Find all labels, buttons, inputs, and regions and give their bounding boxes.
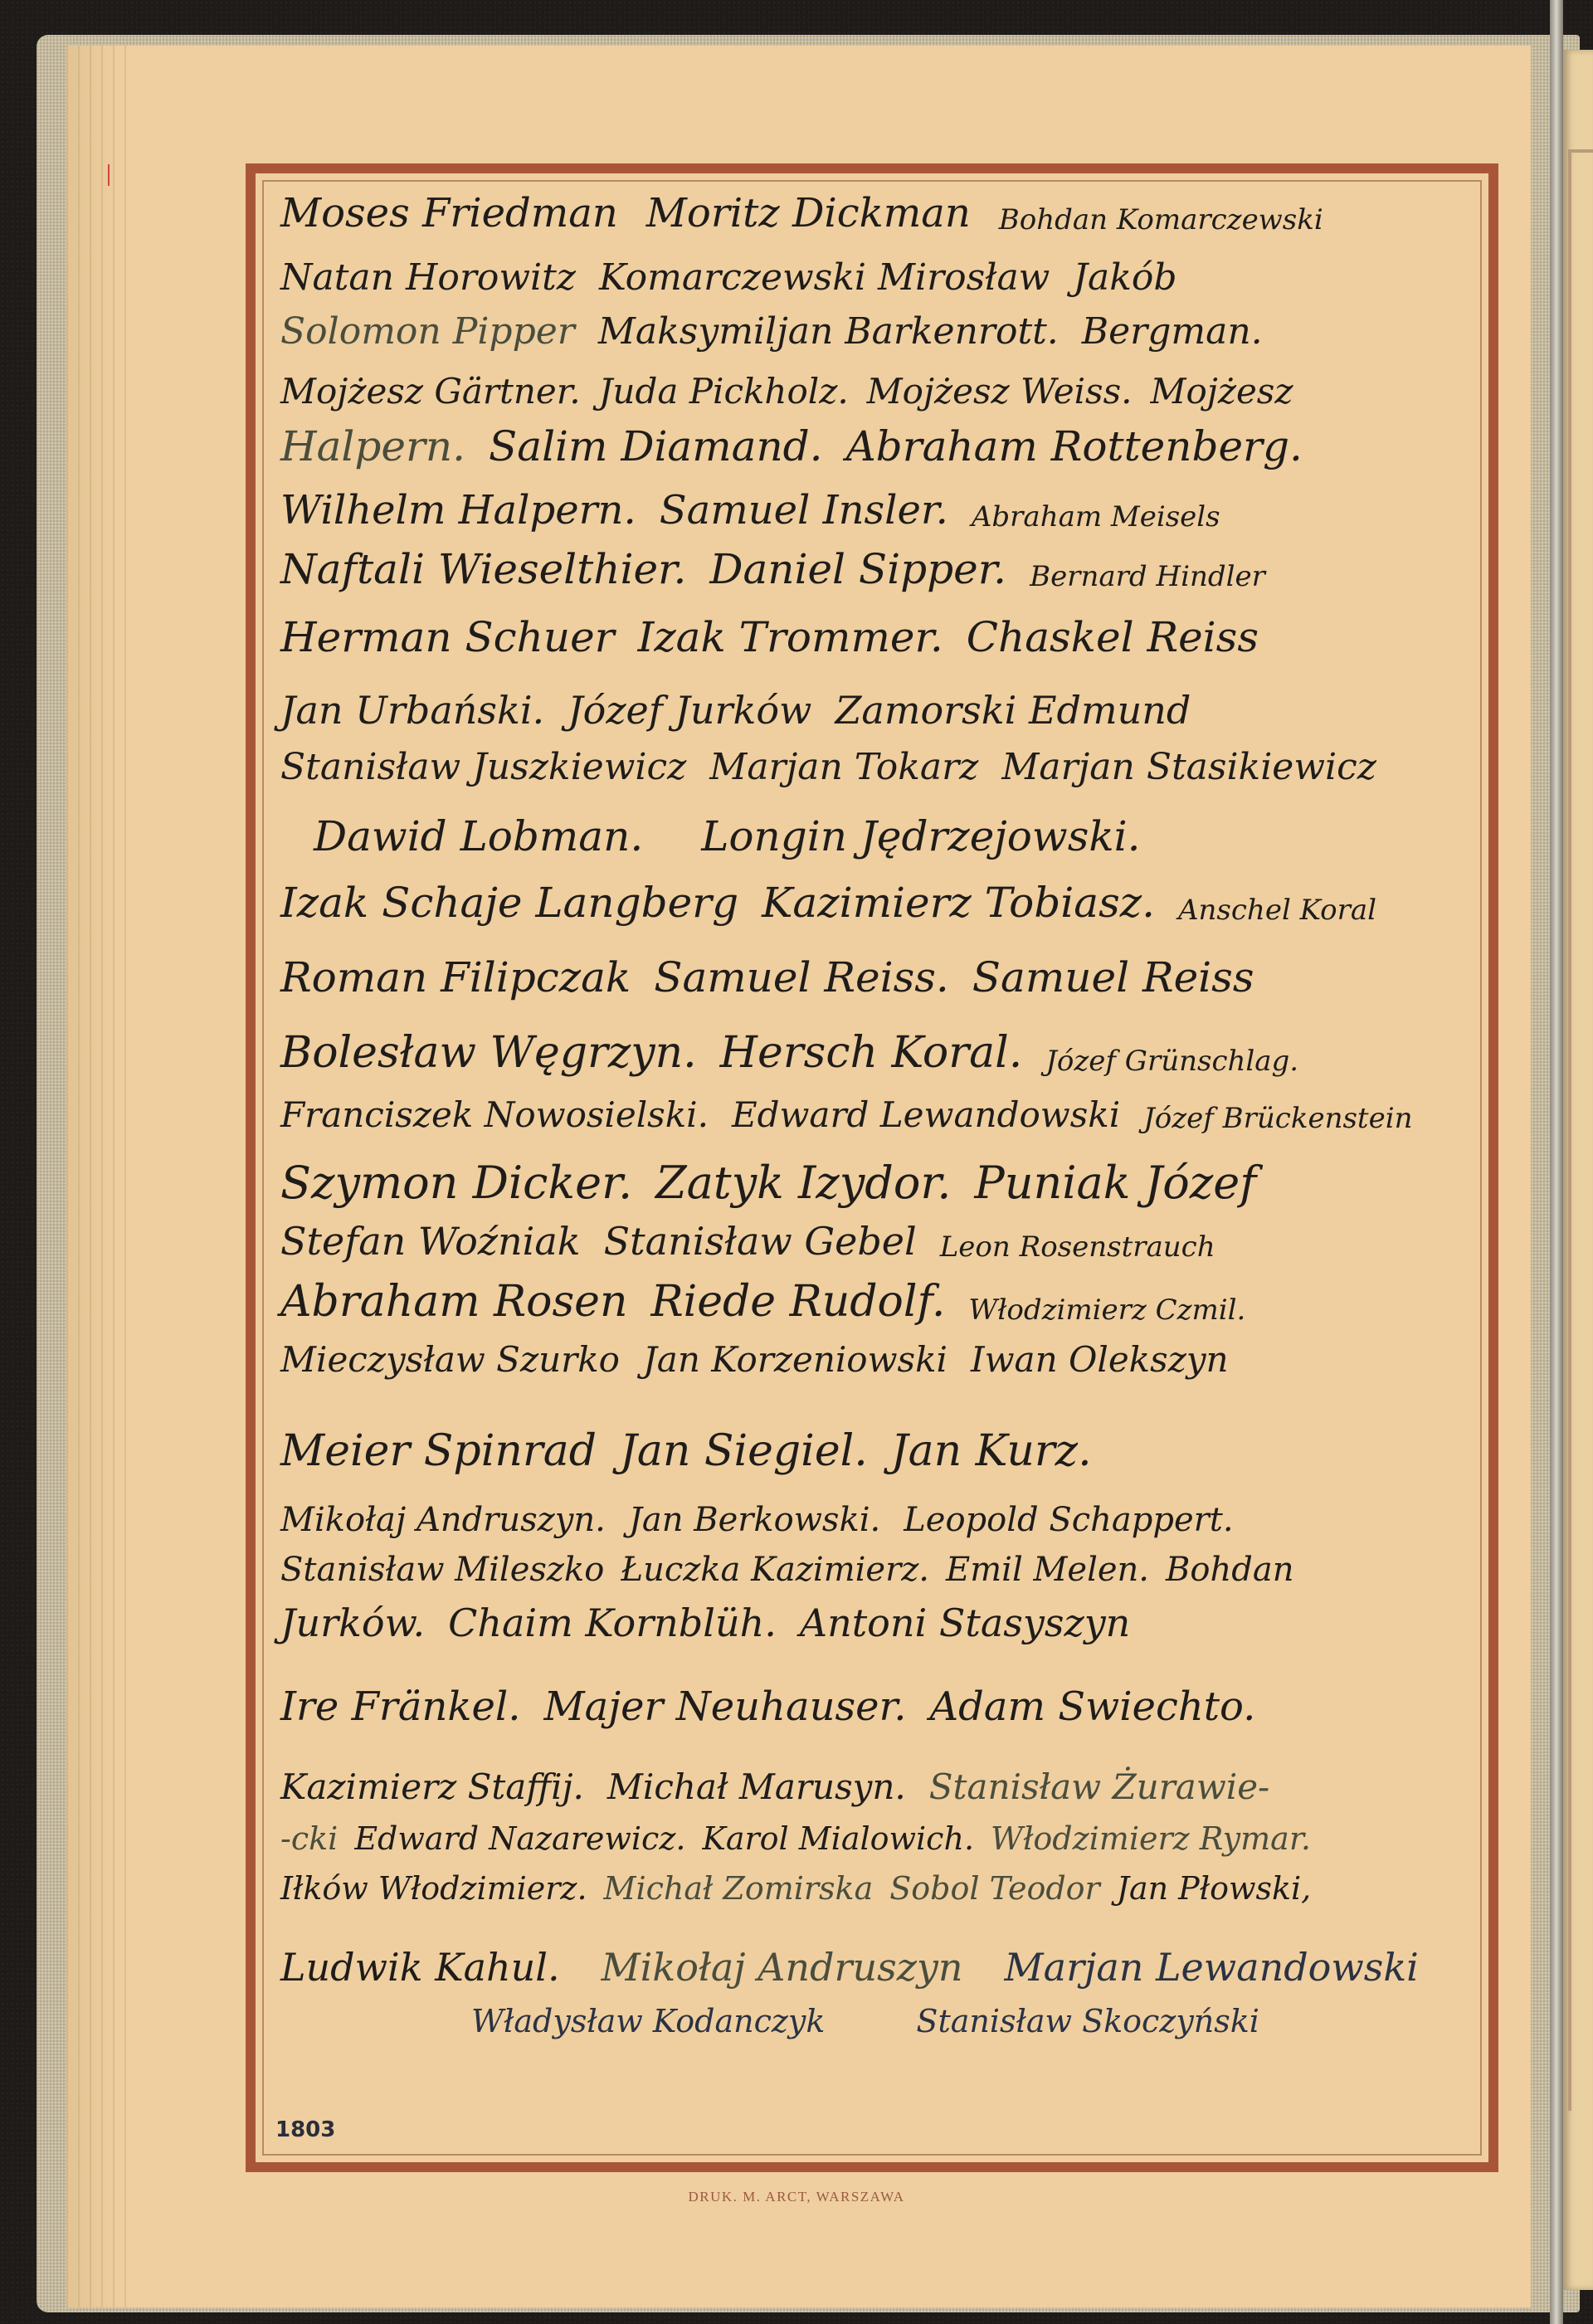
signature-row: Franciszek Nowosielski. Edward Lewandows… — [280, 1094, 1474, 1135]
signature: Abraham Rosen — [280, 1277, 627, 1327]
signature: Stanisław Żurawie- — [929, 1766, 1269, 1807]
signature: Dawid Lobman. — [314, 812, 643, 860]
signature: Moritz Dickman — [646, 190, 971, 236]
signature-row: Jan Urbański. Józef Jurków Zamorski Edmu… — [280, 688, 1474, 733]
signature: Bohdan — [1166, 1551, 1293, 1589]
signature: Michał Marusyn. — [607, 1766, 906, 1807]
signature-row: Mieczysław Szurko Jan Korzeniowski Iwan … — [280, 1339, 1474, 1380]
signature-row: Dawid Lobman. Longin Jędrzejowski. — [280, 812, 1474, 860]
printer-imprint: DRUK. M. ARCT, WARSZAWA — [0, 2189, 1593, 2205]
signature: Riede Rudolf. — [650, 1277, 945, 1327]
signature-row: Kazimierz Staffij. Michał Marusyn. Stani… — [280, 1766, 1474, 1807]
signature: Meier Spinrad — [280, 1426, 597, 1476]
signature-row: Stanisław Mileszko Łuczka Kazimierz. Emi… — [280, 1551, 1474, 1589]
signature-row: Solomon Pipper Maksymiljan Barkenrott. B… — [280, 310, 1474, 353]
signature: Mikołaj Andruszyn. — [280, 1501, 606, 1539]
signature-row: Mojżesz Gärtner. Juda Pickholz. Mojżesz … — [280, 371, 1474, 412]
signature-row: Abraham Rosen Riede Rudolf. Włodzimierz … — [280, 1277, 1474, 1327]
signature: Herman Schuer — [280, 613, 615, 661]
signature: Sobol Teodor — [889, 1870, 1099, 1907]
signature: Zatyk Izydor. — [655, 1157, 951, 1209]
signature-row: Wilhelm Halpern. Samuel Insler. Abraham … — [280, 487, 1474, 533]
signature: Iwan Olekszyn — [971, 1339, 1229, 1380]
signature-row: Szymon Dicker. Zatyk Izydor. Puniak Józe… — [280, 1157, 1474, 1209]
signature-row: Iłków Włodzimierz. Michał Zomirska Sobol… — [280, 1870, 1474, 1907]
signature: Abraham Meisels — [972, 500, 1220, 533]
signature: Izak Schaje Langberg — [280, 879, 738, 927]
signature-row: Meier Spinrad Jan Siegiel. Jan Kurz. — [280, 1426, 1474, 1476]
signature: Mojżesz — [1151, 371, 1293, 412]
signature-row: Roman Filipczak Samuel Reiss. Samuel Rei… — [280, 953, 1474, 1001]
signature: Mieczysław Szurko — [280, 1339, 620, 1380]
signature: Moses Friedman — [280, 190, 618, 236]
signature: Roman Filipczak — [280, 953, 631, 1001]
signature: Puniak Józef — [974, 1157, 1256, 1209]
signature: Józef Grünschlag. — [1045, 1045, 1298, 1078]
signature: Hersch Koral. — [720, 1028, 1023, 1078]
signature: Natan Horowitz — [280, 256, 576, 299]
signature: Włodzimierz Rymar. — [991, 1820, 1311, 1857]
signature: Wilhelm Halpern. — [280, 487, 636, 533]
signature: Leon Rosenstrauch — [940, 1230, 1215, 1264]
signature: Izak Trommer. — [638, 613, 943, 661]
signature: Jan Berkowski. — [629, 1501, 880, 1539]
signature: Jan Urbański. — [280, 688, 544, 733]
signature: Longin Jędrzejowski. — [701, 812, 1140, 860]
signature: Stanisław Gebel — [604, 1219, 917, 1264]
signature: Józef Jurków — [568, 688, 811, 733]
signature: Marjan Stasikiewicz — [1001, 746, 1376, 788]
signature-row: Władysław Kodanczyk Stanisław Skoczyński — [280, 2003, 1474, 2039]
margin-mark — [108, 164, 110, 186]
signature: Halpern. — [280, 422, 465, 470]
next-page-frame — [1568, 149, 1593, 2111]
signature: Mojżesz Weiss. — [867, 371, 1133, 412]
signature: Stanisław Juszkiewicz — [280, 746, 686, 788]
signature: Komarczewski Mirosław — [599, 256, 1050, 299]
signature: Majer Neuhauser. — [543, 1683, 906, 1730]
signature: Włodzimierz Czmil. — [968, 1294, 1245, 1327]
signature: Kazimierz Staffij. — [280, 1766, 584, 1807]
signature: Maksymiljan Barkenrott. — [598, 310, 1059, 353]
page-stack-edges — [66, 46, 133, 2307]
signature: Juda Pickholz. — [599, 371, 849, 412]
signature: -cki — [280, 1820, 338, 1857]
signature: Józef Brückenstein — [1143, 1102, 1412, 1135]
signature: Edward Nazarewicz. — [354, 1820, 685, 1857]
signature: Kazimierz Tobiasz. — [762, 879, 1155, 927]
signature-row: -cki Edward Nazarewicz. Karol Mialowich.… — [280, 1820, 1474, 1857]
signature: Iłków Włodzimierz. — [280, 1870, 587, 1907]
signature: Leopold Schappert. — [904, 1501, 1233, 1539]
signature: Jan Korzeniowski — [643, 1339, 948, 1380]
signature: Łuczka Kazimierz. — [621, 1551, 929, 1589]
signature: Jurków. — [280, 1600, 425, 1645]
signature: Stanisław Mileszko — [280, 1551, 604, 1589]
signature: Samuel Reiss. — [654, 953, 949, 1001]
signature: Chaskel Reiss — [967, 613, 1259, 661]
corner-mark: 1803 — [275, 2117, 335, 2142]
signature: Zamorski Edmund — [835, 688, 1191, 733]
signature: Karol Mialowich. — [702, 1820, 974, 1857]
signature: Marjan Lewandowski — [1005, 1945, 1419, 1990]
signature: Bohdan Komarczewski — [999, 203, 1323, 236]
signature: Stanisław Skoczyński — [916, 2003, 1259, 2039]
signature: Anschel Koral — [1178, 894, 1376, 927]
signature-row: Halpern. Salim Diamand. Abraham Rottenbe… — [280, 422, 1474, 470]
signature: Bergman. — [1082, 310, 1263, 353]
signature: Edward Lewandowski — [732, 1094, 1120, 1135]
signature: Samuel Insler. — [660, 487, 948, 533]
signature: Marjan Tokarz — [709, 746, 978, 788]
signature: Abraham Rottenberg. — [846, 422, 1303, 470]
signature: Jan Siegiel. — [620, 1426, 868, 1476]
signature-row: Ire Fränkel. Majer Neuhauser. Adam Swiec… — [280, 1683, 1474, 1730]
signature: Naftali Wieselthier. — [280, 545, 686, 593]
signature: Władysław Kodanczyk — [471, 2003, 825, 2039]
signature: Stefan Woźniak — [280, 1219, 581, 1264]
signature: Mikołaj Andruszyn — [602, 1945, 963, 1990]
signature-frame: Moses Friedman Moritz Dickman Bohdan Kom… — [246, 163, 1498, 2172]
signature: Jan Kurz. — [891, 1426, 1092, 1476]
signature: Ludwik Kahul. — [280, 1945, 560, 1990]
signature: Chaim Kornblüh. — [448, 1600, 777, 1645]
signature-row: Stefan Woźniak Stanisław Gebel Leon Rose… — [280, 1219, 1474, 1264]
signature-row: Izak Schaje Langberg Kazimierz Tobiasz. … — [280, 879, 1474, 927]
signature-row: Stanisław Juszkiewicz Marjan Tokarz Marj… — [280, 746, 1474, 788]
signature: Jan Płowski, — [1117, 1870, 1312, 1907]
signature: Solomon Pipper — [280, 310, 575, 353]
signature: Daniel Sipper. — [709, 545, 1006, 593]
signature: Szymon Dicker. — [280, 1157, 632, 1209]
signature-row: Naftali Wieselthier. Daniel Sipper. Bern… — [280, 545, 1474, 593]
signature-row: Mikołaj Andruszyn. Jan Berkowski. Leopol… — [280, 1501, 1474, 1539]
signature: Emil Melen. — [946, 1551, 1149, 1589]
signature-row: Ludwik Kahul. Mikołaj Andruszyn Marjan L… — [280, 1945, 1474, 1990]
signature: Antoni Stasyszyn — [800, 1600, 1130, 1645]
signature: Jakób — [1073, 256, 1176, 299]
signature: Bolesław Węgrzyn. — [280, 1028, 697, 1078]
signature: Franciszek Nowosielski. — [280, 1094, 709, 1135]
signature: Salim Diamand. — [489, 422, 823, 470]
signature: Bernard Hindler — [1030, 560, 1265, 593]
signature-row: Jurków. Chaim Kornblüh. Antoni Stasyszyn — [280, 1600, 1474, 1645]
signature: Mojżesz Gärtner. — [280, 371, 581, 412]
book-spine — [1550, 0, 1563, 2324]
signature-row: Herman Schuer Izak Trommer. Chaskel Reis… — [280, 613, 1474, 661]
signature: Michał Zomirska — [604, 1870, 874, 1907]
signature-row: Bolesław Węgrzyn. Hersch Koral. Józef Gr… — [280, 1028, 1474, 1078]
signature: Samuel Reiss — [972, 953, 1254, 1001]
signature: Adam Swiechto. — [929, 1683, 1255, 1730]
signature-row: Moses Friedman Moritz Dickman Bohdan Kom… — [280, 190, 1474, 236]
signature-row: Natan Horowitz Komarczewski Mirosław Jak… — [280, 256, 1474, 299]
signature: Ire Fränkel. — [280, 1683, 520, 1730]
